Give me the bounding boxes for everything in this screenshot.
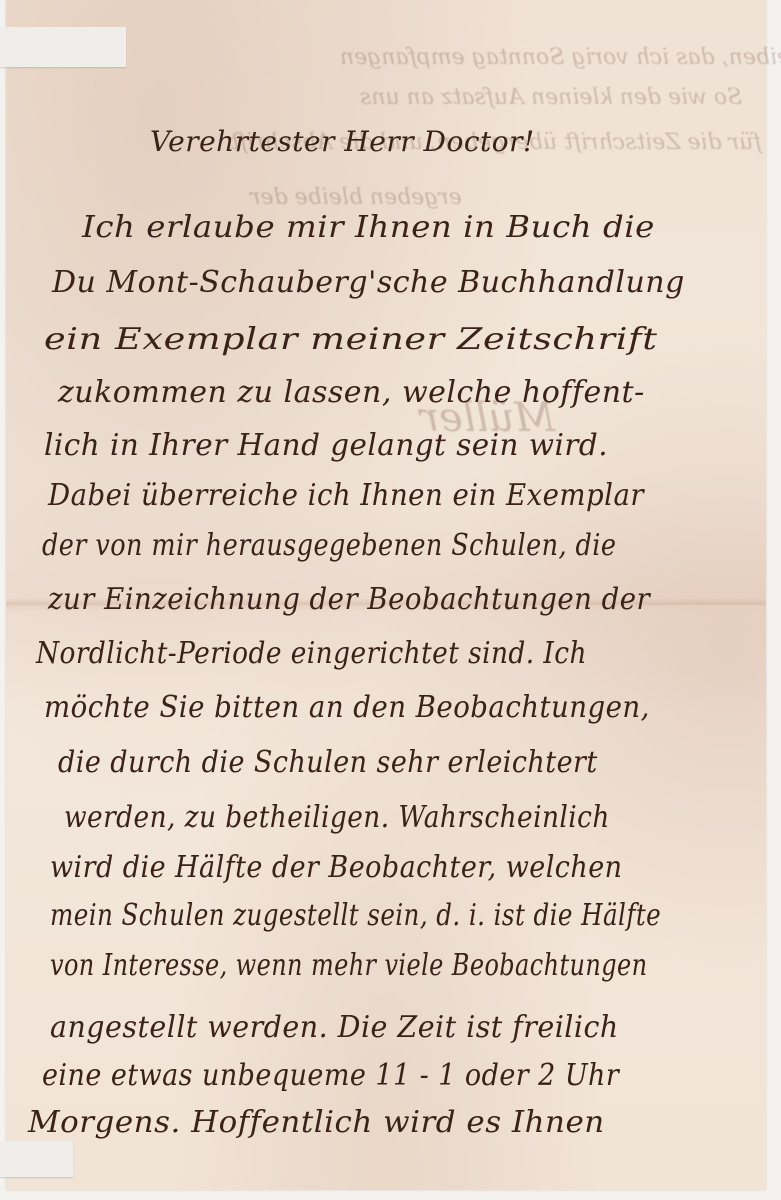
letter-line: der von mir herausgegebenen Schulen, die <box>42 528 616 563</box>
letter-line: eine etwas unbequeme 11 - 1 oder 2 Uhr <box>42 1058 619 1093</box>
bleed-through-text: So wie den kleinen Aufsatz an uns <box>360 85 742 110</box>
tape-strip-bottom <box>0 1141 73 1177</box>
letter-line: Nordlicht-Periode eingerichtet sind. Ich <box>36 636 587 671</box>
letter-line: wird die Hälfte der Beobachter, welchen <box>50 850 622 885</box>
letter-line: zur Einzeichnung der Beobachtungen der <box>48 582 650 617</box>
bleed-through-text: Ihr werthes Schreiben, das ich vorig Son… <box>340 45 781 70</box>
letter-line: ein Exemplar meiner Zeitschrift <box>44 322 658 357</box>
tape-strip-top <box>0 27 126 67</box>
letter-line: angestellt werden. Die Zeit ist freilich <box>50 1010 619 1045</box>
scan-canvas: Ihr werthes Schreiben, das ich vorig Son… <box>0 0 781 1200</box>
letter-line: Dabei überreiche ich Ihnen ein Exemplar <box>48 478 644 513</box>
salutation: Verehrtester Herr Doctor! <box>150 125 535 158</box>
letter-line: von Interesse, wenn mehr viele Beobachtu… <box>50 948 647 983</box>
letter-line: werden, zu betheiligen. Wahrscheinlich <box>64 800 610 835</box>
letter-line: Ich erlaube mir Ihnen in Buch die <box>82 210 655 245</box>
letter-line: Morgens. Hoffentlich wird es Ihnen <box>28 1105 605 1140</box>
letter-line: lich in Ihrer Hand gelangt sein wird. <box>44 428 608 463</box>
letter-line: zukommen zu lassen, welche hoffent- <box>58 375 645 410</box>
letter-line: möchte Sie bitten an den Beobachtungen, <box>44 690 650 725</box>
letter-line: mein Schulen zugestellt sein, d. i. ist … <box>50 898 661 933</box>
letter-line: Du Mont-Schauberg'sche Buchhandlung <box>52 265 685 300</box>
bleed-through-text: ergeben bleibe der <box>250 185 462 210</box>
letter-line: die durch die Schulen sehr erleichtert <box>58 745 598 780</box>
